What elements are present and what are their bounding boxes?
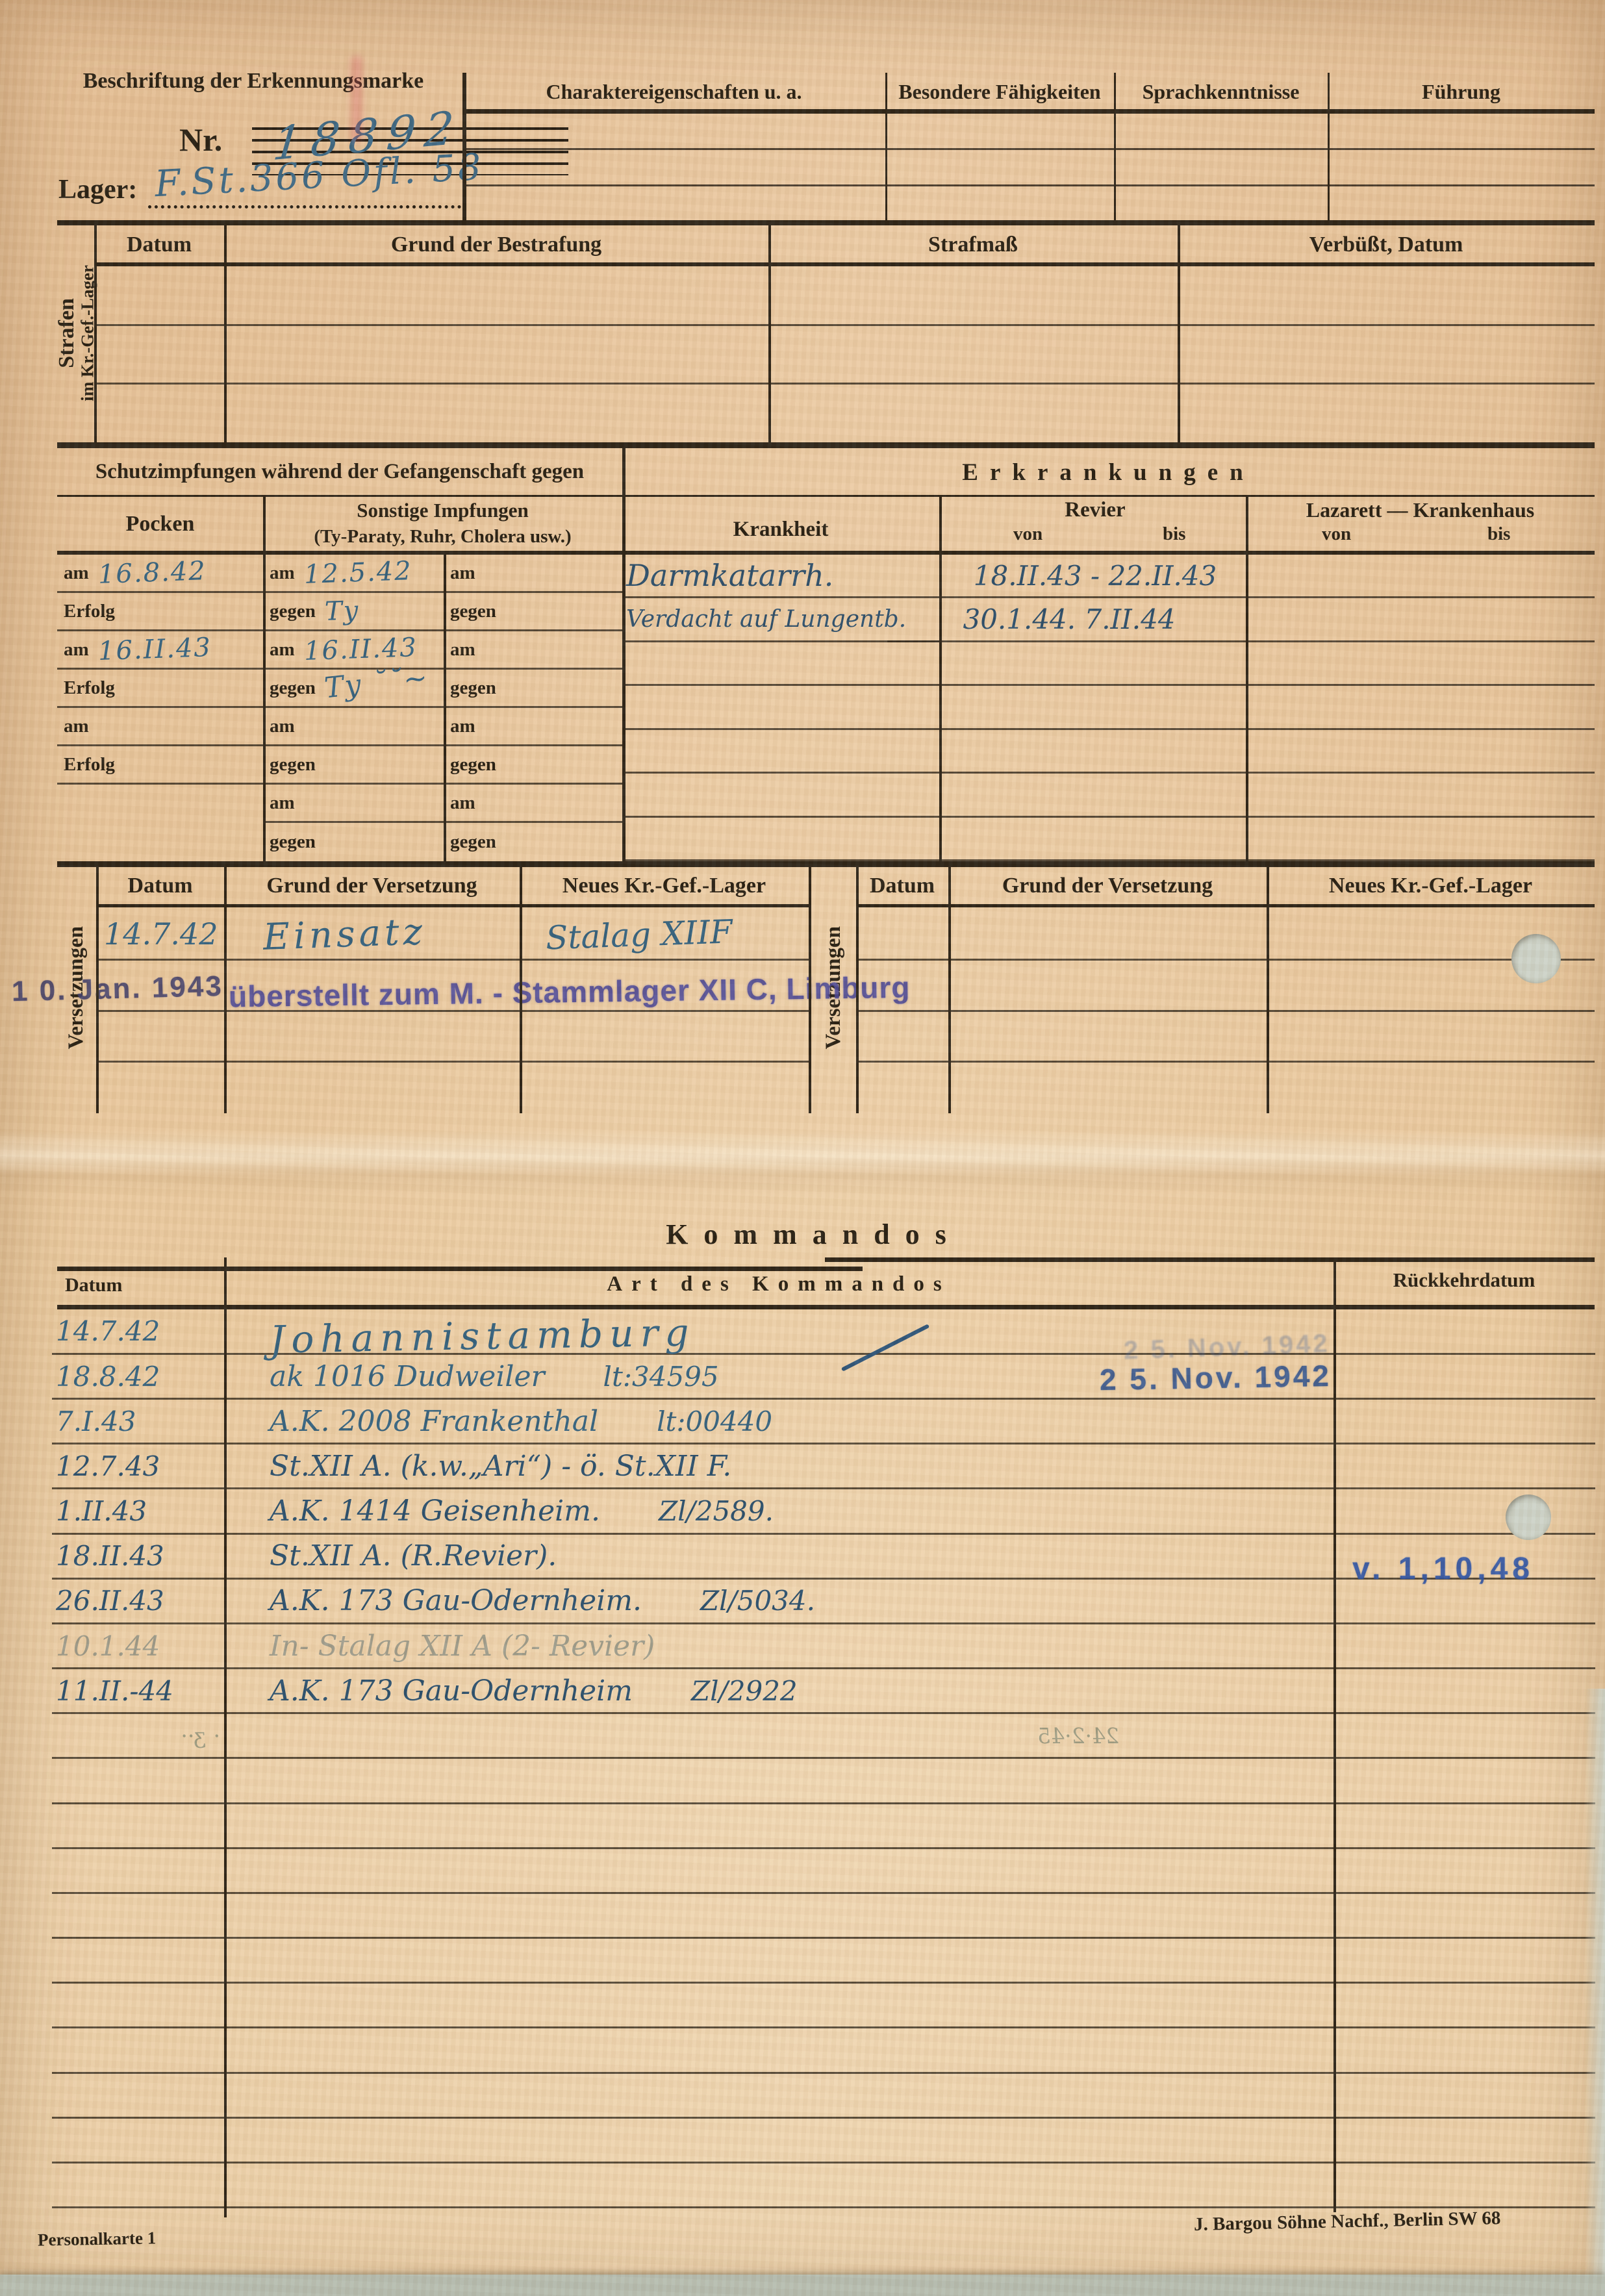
versetzungen-right-rows: [856, 909, 1595, 1112]
impfungen-value-handwriting: 16.8.42: [97, 556, 207, 590]
kommando-ref-number: lt:34595: [603, 1361, 719, 1393]
kommando-rueckkehr-cell: [1333, 2074, 1595, 2117]
impfungen-label: gegen: [270, 677, 316, 699]
impfungen-label: am: [450, 639, 475, 661]
kommando-row: [52, 2074, 1595, 2119]
kommando-rueckkehr-cell: [1333, 1669, 1595, 1712]
kommando-rueckkehr-cell: [1333, 1939, 1595, 1982]
traits-row: [462, 150, 1595, 186]
kommando-text: St.XII A. (k.w.„Ari“) - ö. St.XII F.: [270, 1450, 731, 1483]
versetzung-datum-handwriting: [96, 1063, 224, 1112]
kommando-text: ak 1016 Dudweiler: [270, 1360, 545, 1393]
erkrankungen-col-revier: Revier: [939, 496, 1251, 524]
versetzungen-left-header-lager: Neues Kr.-Gef.-Lager: [520, 869, 809, 903]
impfungen-row: am 16.II.43 am 16.II.43 am: [57, 631, 622, 670]
impfungen-label: gegen: [450, 601, 496, 622]
versetzungen-left-header-grund: Grund der Versetzung: [224, 869, 520, 903]
erkrankungen-lazarett-cell: [1251, 774, 1595, 817]
versetzung-grund-handwriting: [948, 1063, 1267, 1112]
kommando-art-handwriting: [224, 1849, 1333, 1892]
rule: [1246, 495, 1248, 864]
kommando-row: [52, 2119, 1595, 2164]
impfungen-cell-sonstige-links: am: [263, 785, 444, 823]
kommando-art-handwriting: [224, 1804, 1333, 1847]
impfungen-label: am: [270, 639, 295, 661]
kommando-datum-handwriting: 18.8.42: [52, 1355, 224, 1398]
kommando-art-handwriting: In- Stalag XII A (2- Revier): [224, 1624, 1333, 1667]
erkrankungen-revier-handwriting: 30.1.44. 7.II.44: [887, 598, 1251, 642]
erkrankungen-lazarett-cell: [1251, 818, 1595, 861]
impfungen-cell-sonstige-links: gegen: [263, 746, 444, 785]
nov-1942-stamp: 2 5. Nov. 1942: [1100, 1358, 1332, 1397]
versetzungen-right-header-lager: Neues Kr.-Gef.-Lager: [1267, 869, 1595, 903]
impfungen-label: am: [450, 716, 475, 737]
rule: [885, 73, 887, 224]
versetzungen-row: [96, 1063, 809, 1112]
kommando-datum-handwriting: 14.7.42: [52, 1309, 224, 1353]
kommando-text: A.K. 173 Gau-Odernheim.: [270, 1584, 642, 1617]
erkrankungen-col-krankheit: Krankheit: [622, 513, 939, 546]
impfungen-value-handwriting: Ty: [324, 596, 360, 627]
versetzungen-right-header-datum: Datum: [856, 869, 948, 903]
versetzungen-row: 14.7.42 Einsatz Stalag XIIF: [96, 909, 809, 961]
kommando-rueckkehr-cell: [1333, 1804, 1595, 1847]
printer-imprint-footer: J. Bargou Söhne Nachf., Berlin SW 68: [1194, 2208, 1501, 2236]
kommando-ref-number: Zl/2589.: [659, 1495, 774, 1527]
id-block-title: Beschriftung der Erkennungsmarke: [68, 69, 438, 94]
kommando-datum-handwriting: [52, 2164, 224, 2206]
versetzung-datum-handwriting: [96, 1012, 224, 1061]
erkrankungen-revier-handwriting: [939, 818, 1251, 861]
nr-label: Nr.: [179, 121, 222, 158]
kommando-datum-handwriting: [52, 1849, 224, 1892]
date-stamp-jan-1943: 1 0. Jan. 1943: [11, 970, 223, 1009]
rule: [57, 442, 1595, 448]
versetzung-datum-handwriting: [856, 1063, 948, 1112]
rule: [856, 904, 1595, 907]
kommando-datum-handwriting: 26.II.43: [52, 1580, 224, 1622]
kommando-datum-handwriting: 18.II.43: [52, 1535, 224, 1578]
kommando-datum-handwriting: [52, 2074, 224, 2117]
kommando-row: 11.II.-44 A.K. 173 Gau-Odernheim Zl/2922: [52, 1669, 1595, 1714]
kommando-rueckkehr-cell: [1333, 1355, 1595, 1398]
kommando-rueckkehr-cell: [1333, 1309, 1595, 1353]
versetzungen-left-header-datum: Datum: [96, 869, 224, 903]
impfungen-col-sonstige-2: (Ty-Paraty, Ruhr, Cholera usw.): [263, 524, 622, 549]
versetzung-lager-handwriting: [519, 1058, 809, 1117]
scan-edge-bottom: [0, 2275, 1605, 2296]
strafen-row: [94, 268, 1595, 326]
versetzung-grund-handwriting: [223, 1057, 520, 1117]
traits-header-fuehrung: Führung: [1328, 73, 1595, 110]
kommando-art-handwriting: [224, 1894, 1333, 1937]
kommando-ref-number: lt:00440: [657, 1406, 772, 1437]
kommando-art-handwriting: [224, 2119, 1333, 2162]
erkrankungen-revier-handwriting: [939, 730, 1251, 774]
erkrankungen-title: Erkrankungen: [622, 453, 1595, 491]
impfungen-label: am: [270, 716, 295, 737]
impfungen-value-handwriting: 16.II.43: [303, 633, 418, 666]
kommando-datum-handwriting: 12.7.43: [52, 1444, 224, 1487]
rule: [57, 495, 1595, 497]
impfungen-label: gegen: [450, 677, 496, 699]
kommando-rueckkehr-cell: [1333, 1984, 1595, 2026]
versetzung-lager-handwriting: [1267, 1063, 1595, 1112]
versetzungen-row: [856, 1063, 1595, 1112]
kommando-row: 14.7.42 Johannistamburg: [52, 1309, 1595, 1355]
kommando-datum-handwriting: [52, 1759, 224, 1802]
kommando-row: 18.8.42 ak 1016 Dudweiler lt:34595: [52, 1355, 1595, 1400]
impfungen-row: am am: [57, 785, 622, 823]
impfungen-row: am am am: [57, 708, 622, 746]
kommando-art-handwriting: [224, 2074, 1333, 2117]
form-name-footer: Personalkarte 1: [38, 2228, 157, 2250]
erkrankungen-row: [622, 774, 1595, 817]
rule: [57, 551, 1595, 555]
rule: [224, 1257, 227, 2217]
kommandos-header-rueckkehr: Rückkehrdatum: [1333, 1263, 1595, 1298]
rule: [1333, 1257, 1336, 2212]
kommando-row: 7.I.43 A.K. 2008 Frankenthal lt:00440: [52, 1400, 1595, 1444]
impfungen-cell-sonstige-rechts: am: [444, 708, 622, 746]
impfungen-label: gegen: [450, 754, 496, 776]
kommandos-rows: 14.7.42 Johannistamburg 18.8.42 ak 1016 …: [52, 1309, 1595, 2208]
kommando-rueckkehr-cell: [1333, 2119, 1595, 2162]
impfungen-label: am: [450, 562, 475, 584]
impfungen-cell-pocken: Erfolg: [57, 746, 263, 785]
strafen-header-grund: Grund der Bestrafung: [224, 227, 768, 262]
impfungen-cell-sonstige-links: gegen: [263, 823, 444, 861]
hole-punch: [1511, 934, 1561, 983]
traits-header-charakter: Charaktereigenschaften u. a.: [462, 73, 885, 110]
hole-punch: [1506, 1495, 1551, 1540]
kommando-datum-handwriting: [52, 2119, 224, 2162]
impfungen-cell-sonstige-links: am: [263, 708, 444, 746]
rule: [94, 262, 1595, 266]
kommando-text: A.K. 2008 Frankenthal: [270, 1405, 598, 1438]
versetzung-datum-handwriting: 14.7.42: [96, 909, 224, 959]
kommando-text: A.K. 1414 Geisenheim.: [270, 1495, 600, 1528]
erkrankungen-lazarett-cell: [1251, 598, 1595, 642]
rule: [224, 220, 227, 446]
kommando-row: [52, 1984, 1595, 2028]
kommando-datum-handwriting: [52, 1939, 224, 1982]
personalkarte-scan: Beschriftung der Erkennungsmarke Nr. 188…: [0, 0, 1605, 2296]
impfungen-label: am: [64, 639, 89, 661]
kommando-row: 1.II.43 A.K. 1414 Geisenheim. Zl/2589.: [52, 1489, 1595, 1534]
kommando-art-handwriting: 24·2·45: [221, 1714, 1336, 1757]
erkrankungen-lazarett-von: von: [1322, 524, 1351, 545]
erkrankungen-krankheit-handwriting: [622, 730, 939, 774]
versetzung-grund-handwriting: [948, 909, 1267, 959]
versetzung-grund-handwriting: [948, 961, 1267, 1010]
strafen-side-label: Strafen im Kr.-Gef.-Lager: [57, 221, 95, 445]
kommandos-title: Kommandos: [57, 1216, 1571, 1252]
rule: [57, 861, 1595, 867]
erkrankungen-col-lazarett: Lazarett — Krankenhaus: [1246, 496, 1595, 524]
versetzung-lager-handwriting: [1267, 1012, 1595, 1061]
impfungen-cell-sonstige-links: gegen Ty: [263, 593, 444, 631]
erkrankungen-revier-handwriting: [939, 774, 1251, 817]
rule: [224, 861, 227, 1113]
impfungen-cell-pocken: am: [57, 708, 263, 746]
versetzung-grund-handwriting: [948, 1012, 1267, 1061]
rule: [57, 1305, 1595, 1309]
impfungen-label: gegen: [270, 831, 316, 853]
impfungen-cell-sonstige-rechts: gegen: [444, 593, 622, 631]
kommando-art-handwriting: [224, 2028, 1333, 2071]
rule: [96, 861, 99, 1113]
kommando-rueckkehr-cell: [1333, 1444, 1595, 1487]
kommando-row: [52, 2164, 1595, 2208]
kommando-art-handwriting: St.XII A. (R.Revier).: [224, 1535, 1333, 1578]
kommando-rueckkehr-cell: [1333, 1714, 1595, 1757]
impfungen-col-pocken: Pocken: [57, 498, 263, 551]
kommando-row: [52, 1939, 1595, 1984]
rule: [444, 551, 446, 864]
kommando-art-handwriting: A.K. 173 Gau-Odernheim. Zl/5034.: [224, 1580, 1333, 1622]
kommando-text: A.K. 173 Gau-Odernheim: [270, 1674, 633, 1708]
versetzung-datum-handwriting: [856, 1012, 948, 1061]
lager-dotted-line: [148, 205, 461, 208]
kommando-art-handwriting: A.K. 2008 Frankenthal lt:00440: [224, 1400, 1333, 1443]
impfungen-cell-sonstige-links: am 12.5.42: [263, 555, 444, 593]
kommando-datum-handwriting: 11.II.-44: [52, 1669, 224, 1712]
impfungen-row: Erfolg gegen Ty ˘˘~ gegen: [57, 670, 622, 708]
rule: [462, 109, 1595, 114]
strafen-row: [94, 326, 1595, 385]
erkrankungen-row: Verdacht auf Lungentb. 30.1.44. 7.II.44: [622, 598, 1595, 642]
rule: [1267, 861, 1269, 1113]
kommando-text: St.XII A. (R.Revier).: [270, 1539, 557, 1572]
versetzungen-row: [856, 961, 1595, 1012]
traits-header-faehigkeiten: Besondere Fähigkeiten: [885, 73, 1114, 110]
kommando-row: [52, 1849, 1595, 1894]
impfungen-col-sonstige-1: Sonstige Impfungen: [263, 498, 622, 524]
kommando-ref-number: Zl/5034.: [700, 1585, 815, 1617]
kommandos-header-datum: Datum: [65, 1274, 122, 1296]
kommando-rueckkehr-cell: [1333, 1849, 1595, 1892]
lager-label: Lager:: [58, 174, 137, 205]
erkrankungen-rows: Darmkatarrh. 18.II.43 - 22.II.43 Verdach…: [622, 555, 1595, 861]
strafen-side-label-1: Strafen: [55, 265, 79, 401]
impfungen-label: gegen: [270, 754, 316, 776]
kommando-datum-handwriting: [52, 1894, 224, 1937]
versetzung-lager-handwriting: Stalag XIIF: [519, 904, 809, 963]
kommandos-header-art: Art des Kommandos: [224, 1267, 1333, 1302]
kommando-text: 24·2·45: [1035, 1723, 1120, 1748]
impfungen-label: gegen: [270, 601, 316, 622]
impfungen-rows: am 16.8.42 am 12.5.42 am Erfolg: [57, 555, 622, 861]
strafen-empty-rows: [94, 268, 1595, 441]
kommando-row: · ʒ·· 24·2·45: [52, 1714, 1595, 1759]
impfungen-value-handwriting: 16.II.43: [97, 633, 212, 666]
erkrankungen-krankheit-handwriting: [622, 642, 939, 686]
kommando-rueckkehr-cell: [1333, 2164, 1595, 2206]
impfungen-row: Erfolg gegen gegen: [57, 746, 622, 785]
kommando-datum-handwriting: 10.1.44: [52, 1624, 224, 1667]
rule: [809, 861, 811, 1113]
rule: [1114, 73, 1116, 224]
erkrankungen-row: [622, 686, 1595, 729]
traits-row: [462, 186, 1595, 220]
versetzungen-row: [96, 1012, 809, 1063]
kommando-rueckkehr-cell: [1333, 1894, 1595, 1937]
strafen-header-verbuesst: Verbüßt, Datum: [1178, 227, 1595, 262]
impfungen-cell-sonstige-links: gegen Ty ˘˘~: [263, 670, 444, 708]
impfungen-cell-sonstige-rechts: am: [444, 785, 622, 823]
rule: [622, 442, 626, 864]
impfungen-label: am: [270, 562, 295, 584]
erkrankungen-lazarett-cell: [1251, 642, 1595, 686]
kommando-row: [52, 1894, 1595, 1939]
erkrankungen-row: [622, 818, 1595, 861]
kommando-datum-handwriting: 1.II.43: [52, 1489, 224, 1532]
impfungen-label: am: [64, 562, 89, 584]
impfungen-label: am: [270, 792, 295, 814]
impfungen-label: am: [450, 792, 475, 814]
impfungen-cell-sonstige-rechts: gegen: [444, 823, 622, 861]
kommando-ref-number: Zl/2922: [691, 1675, 798, 1707]
kommando-row: [52, 2028, 1595, 2073]
kommando-text: Johannistamburg: [270, 1310, 696, 1361]
kommando-rueckkehr-cell: [1333, 2028, 1595, 2071]
kommando-art-handwriting: [224, 1939, 1333, 1982]
versetzungen-row: [856, 1012, 1595, 1063]
erkrankungen-row: Darmkatarrh. 18.II.43 - 22.II.43: [622, 555, 1595, 598]
kommando-rueckkehr-cell: [1333, 1489, 1595, 1532]
rule: [1328, 73, 1330, 224]
erkrankungen-revier-von: von: [1013, 524, 1043, 545]
rule: [57, 1267, 863, 1271]
impfungen-row: am 16.8.42 am 12.5.42 am: [57, 555, 622, 593]
erkrankungen-krankheit-handwriting: Darmkatarrh.: [622, 555, 939, 598]
erkrankungen-lazarett-bis: bis: [1487, 524, 1510, 545]
impfungen-label: gegen: [450, 831, 496, 853]
kommando-row: [52, 1759, 1595, 1804]
rule: [948, 861, 951, 1113]
erkrankungen-krankheit-handwriting: [622, 774, 939, 817]
kommando-art-handwriting: [224, 2164, 1333, 2206]
impfungen-cell-pocken: am 16.8.42: [57, 555, 263, 593]
impfungen-cell-sonstige-rechts: am: [444, 555, 622, 593]
kommando-rueckkehr-cell: [1333, 1624, 1595, 1667]
kommando-art-handwriting: A.K. 173 Gau-Odernheim Zl/2922: [224, 1669, 1333, 1712]
erkrankungen-revier-handwriting: [939, 686, 1251, 729]
rule: [939, 495, 942, 864]
impfungen-label: Erfolg: [64, 677, 115, 699]
impfungen-label: Erfolg: [64, 601, 115, 622]
impfungen-cell-sonstige-rechts: gegen: [444, 670, 622, 708]
kommando-art-handwriting: St.XII A. (k.w.„Ari“) - ö. St.XII F.: [224, 1444, 1333, 1487]
impfungen-cell-pocken: am 16.II.43: [57, 631, 263, 670]
traits-empty-rows: [462, 114, 1595, 220]
versetzung-lager-handwriting: [519, 1007, 809, 1066]
erkrankungen-row: [622, 730, 1595, 774]
paper-fold-crease: [0, 1130, 1605, 1195]
impfungen-cell-pocken: [57, 823, 263, 861]
strafen-header-datum: Datum: [94, 227, 224, 262]
traits-row: [462, 114, 1595, 150]
impfungen-cell-pocken: Erfolg: [57, 593, 263, 631]
kommando-datum-handwriting: [52, 1984, 224, 2026]
strafen-row: [94, 385, 1595, 441]
kommando-rueckkehr-cell: [1333, 1400, 1595, 1443]
impfungen-label: am: [64, 716, 89, 737]
rule: [462, 73, 466, 224]
impfungen-title: Schutzimpfungen während der Gefangenscha…: [57, 451, 622, 492]
erkrankungen-lazarett-cell: [1251, 686, 1595, 729]
rule: [856, 861, 859, 1113]
erkrankungen-krankheit-handwriting: [622, 686, 939, 729]
erkrankungen-lazarett-cell: [1251, 730, 1595, 774]
versetzungen-right-header-grund: Grund der Versetzung: [948, 869, 1267, 903]
strafen-header-strafmass: Strafmaß: [768, 227, 1178, 262]
kommando-datum-handwriting: · ʒ··: [49, 1714, 227, 1757]
rule: [1178, 220, 1180, 446]
kommando-row: [52, 1804, 1595, 1849]
kommando-datum-handwriting: 7.I.43: [52, 1400, 224, 1443]
return-date-stamp: v. 1,10,48: [1352, 1551, 1534, 1587]
rule: [263, 495, 266, 864]
rule: [57, 220, 1595, 225]
kommando-rueckkehr-cell: [1333, 1759, 1595, 1802]
kommando-art-handwriting: [224, 1984, 1333, 2026]
rule: [768, 220, 771, 446]
kommando-art-handwriting: [224, 1759, 1333, 1802]
impfungen-value-handwriting: 12.5.42: [303, 556, 412, 590]
erkrankungen-krankheit-handwriting: [622, 818, 939, 861]
versetzung-datum-handwriting: [856, 909, 948, 959]
erkrankungen-revier-handwriting: 18.II.43 - 22.II.43: [939, 555, 1251, 598]
erkrankungen-revier-bis: bis: [1163, 524, 1185, 545]
erkrankungen-row: [622, 642, 1595, 686]
erkrankungen-revier-handwriting: [939, 642, 1251, 686]
versetzung-grund-handwriting: Einsatz: [223, 904, 520, 964]
impfungen-cell-pocken: Erfolg: [57, 670, 263, 708]
kommando-datum-handwriting: [52, 1804, 224, 1847]
impfungen-row: Erfolg gegen Ty gegen: [57, 593, 622, 631]
impfungen-cell-sonstige-rechts: gegen: [444, 746, 622, 785]
kommando-art-handwriting: A.K. 1414 Geisenheim. Zl/2589.: [224, 1489, 1333, 1532]
rule: [94, 220, 97, 446]
rule: [96, 904, 809, 907]
kommando-text: In- Stalag XII A (2- Revier): [270, 1630, 655, 1663]
versetzungen-row: [856, 909, 1595, 961]
kommando-datum-handwriting: [52, 2028, 224, 2071]
traits-header-sprachen: Sprachkenntnisse: [1114, 73, 1328, 110]
impfungen-row: gegen gegen: [57, 823, 622, 861]
impfungen-cell-pocken: [57, 785, 263, 823]
kommando-row: 10.1.44 In- Stalag XII A (2- Revier): [52, 1624, 1595, 1669]
kommando-row: 12.7.43 St.XII A. (k.w.„Ari“) - ö. St.XI…: [52, 1444, 1595, 1489]
rule: [520, 861, 522, 1113]
erkrankungen-lazarett-cell: [1251, 555, 1595, 598]
versetzung-grund-handwriting: [223, 1007, 520, 1066]
impfungen-label: Erfolg: [64, 754, 115, 776]
impfungen-cell-sonstige-rechts: am: [444, 631, 622, 670]
rule: [825, 1257, 1595, 1262]
